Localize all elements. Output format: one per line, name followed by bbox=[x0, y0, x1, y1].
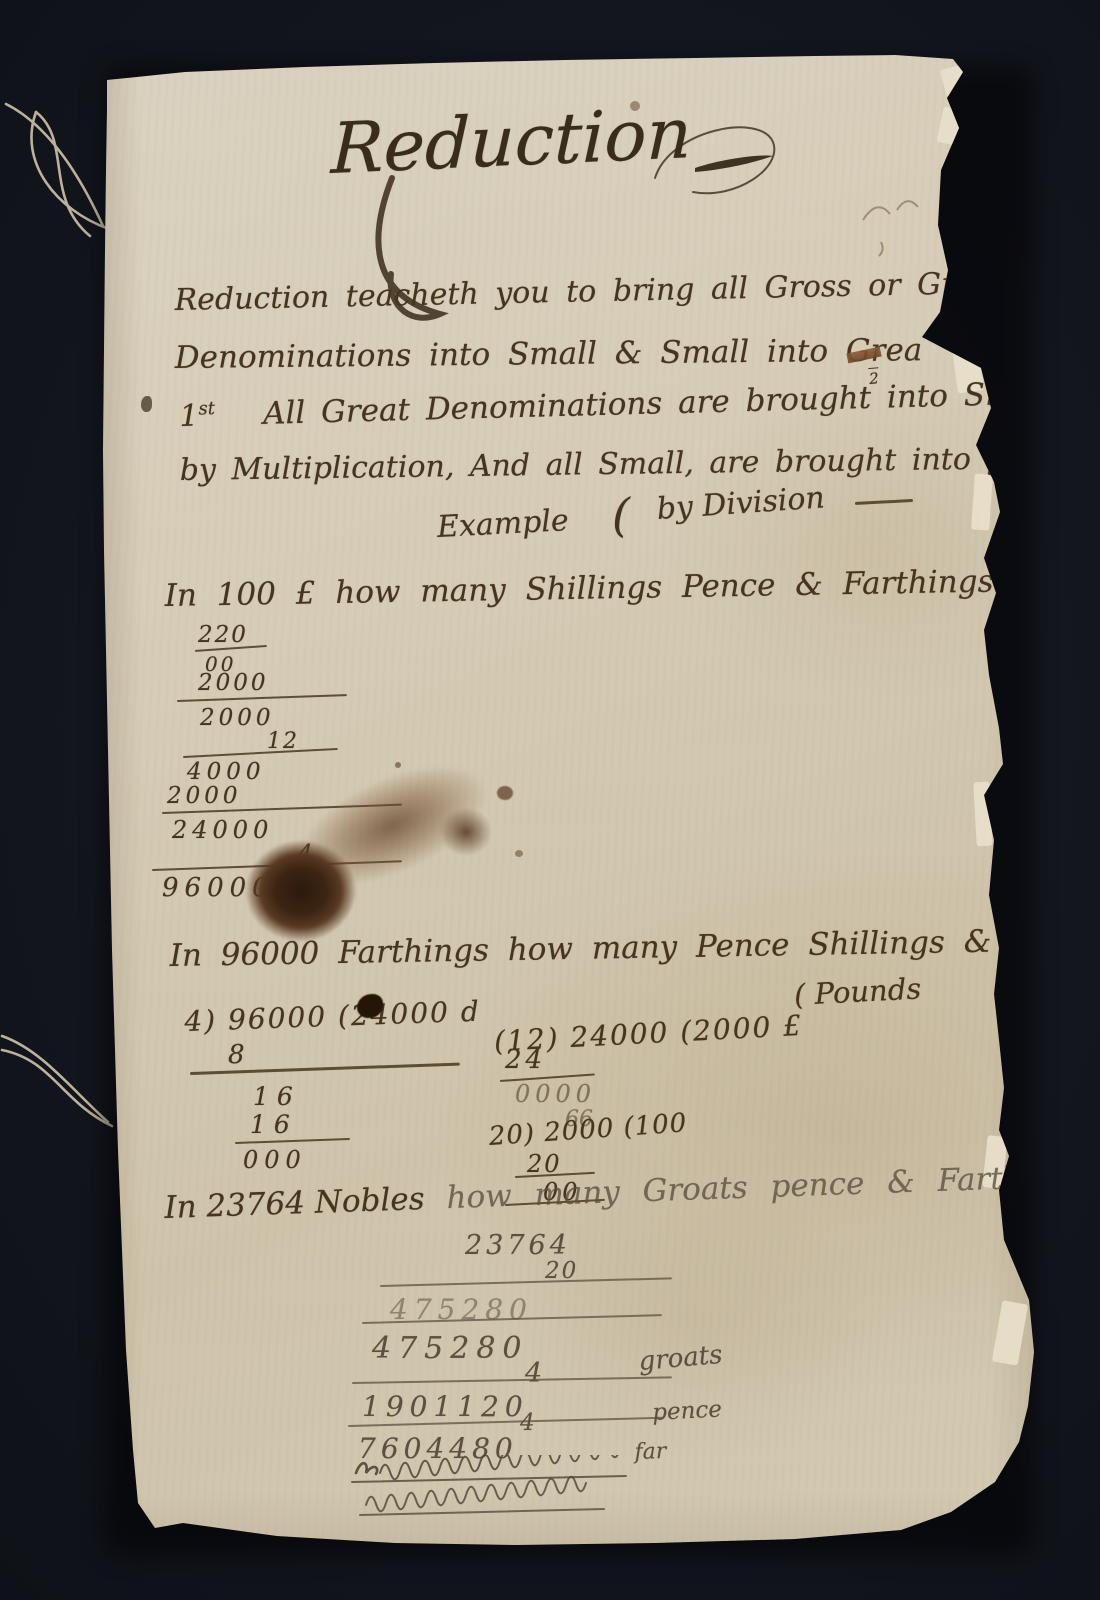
p2-left-row: 000 bbox=[243, 1146, 307, 1174]
work-rule bbox=[352, 1376, 672, 1384]
intro-line-3: 1stAll Great Denominations are brought i… bbox=[179, 376, 1015, 434]
thread-top-strand-1 bbox=[6, 104, 103, 226]
thread-top-strand-3 bbox=[36, 112, 90, 236]
work-rule bbox=[152, 860, 402, 871]
p3-note-pence: pence bbox=[652, 1396, 723, 1426]
p1-row: 4000 bbox=[187, 759, 266, 785]
p3-row: 475280 bbox=[372, 1331, 529, 1366]
work-rule bbox=[183, 748, 338, 758]
problem2-question: In 96000 Farthings how many Pence Shilli… bbox=[169, 924, 991, 974]
stain-dot bbox=[497, 786, 513, 800]
p1-row: 220 bbox=[198, 622, 248, 648]
p3-row: 23764 bbox=[465, 1230, 571, 1261]
p2-left-row: 8 bbox=[228, 1040, 245, 1070]
p1-row: 24000 bbox=[172, 816, 273, 844]
p3-note-farthings: far bbox=[634, 1439, 667, 1465]
example-label: Example bbox=[436, 503, 569, 545]
p1-row: 2000 bbox=[200, 705, 275, 731]
problem1-question: In 100 £ how many Shillings Pence & Fart… bbox=[164, 564, 993, 614]
ordinal-suffix: st bbox=[198, 398, 215, 419]
intro-line-1: Reduction teacheth you to bring all Gros… bbox=[174, 265, 1021, 318]
paper-hole bbox=[141, 396, 152, 412]
p2-right-row: 0000 bbox=[515, 1080, 596, 1108]
intro-line-3-text: All Great Denominations are brought into… bbox=[263, 376, 1015, 432]
intro-line-2: Denominations into Small & Small into Gr… bbox=[175, 332, 923, 376]
ordinal-number: 1 bbox=[179, 399, 199, 434]
p2-division-right-2: 20) 2000 (100 bbox=[488, 1108, 688, 1152]
brace-mark: ( bbox=[612, 488, 630, 542]
work-rule bbox=[380, 1277, 672, 1287]
torn-edge-chip bbox=[971, 473, 993, 530]
p3-row: 1901120 bbox=[362, 1390, 529, 1423]
stain-smear bbox=[280, 740, 506, 910]
p3-row: 4 bbox=[520, 1410, 535, 1436]
faint-ink-marks bbox=[863, 201, 918, 256]
photo-background: Reduction Reduction teacheth you to brin… bbox=[0, 0, 1100, 1600]
p2-right-row: 24 bbox=[505, 1045, 546, 1075]
stain-speck bbox=[515, 850, 523, 857]
thread-top-strand-2 bbox=[31, 112, 109, 229]
p1-row: 2000 bbox=[198, 670, 269, 696]
problem2-pounds-label: ( Pounds bbox=[793, 971, 922, 1012]
page-title: Reduction bbox=[330, 92, 693, 190]
manuscript-page: Reduction Reduction teacheth you to brin… bbox=[95, 50, 1035, 1550]
p2-left-row: 16 bbox=[253, 1082, 301, 1111]
torn-edge-chip bbox=[992, 1300, 1028, 1366]
stain-speck bbox=[395, 762, 401, 768]
by-division-label: by Division bbox=[656, 480, 826, 527]
p3-note-groats: groats bbox=[637, 1340, 723, 1377]
pen-dash bbox=[855, 499, 913, 505]
stain-blot bbox=[440, 808, 492, 856]
thread-mid-strand-1 bbox=[2, 1036, 108, 1122]
p2-division-left: 4) 96000 (24000 d bbox=[184, 995, 481, 1038]
p2-left-row: 16 bbox=[250, 1110, 298, 1139]
p3-row: 7604480 bbox=[358, 1432, 518, 1465]
p1-row: 2000 bbox=[167, 783, 242, 809]
p1-row: 96000 bbox=[162, 873, 275, 903]
intro-line-4: by Multiplication, And all Small, are br… bbox=[180, 441, 1056, 488]
p3-row: 4 bbox=[525, 1358, 542, 1389]
thread-mid-strand-2 bbox=[2, 1050, 112, 1126]
problem3-question-dark: In 23764 Nobles bbox=[164, 1181, 425, 1226]
